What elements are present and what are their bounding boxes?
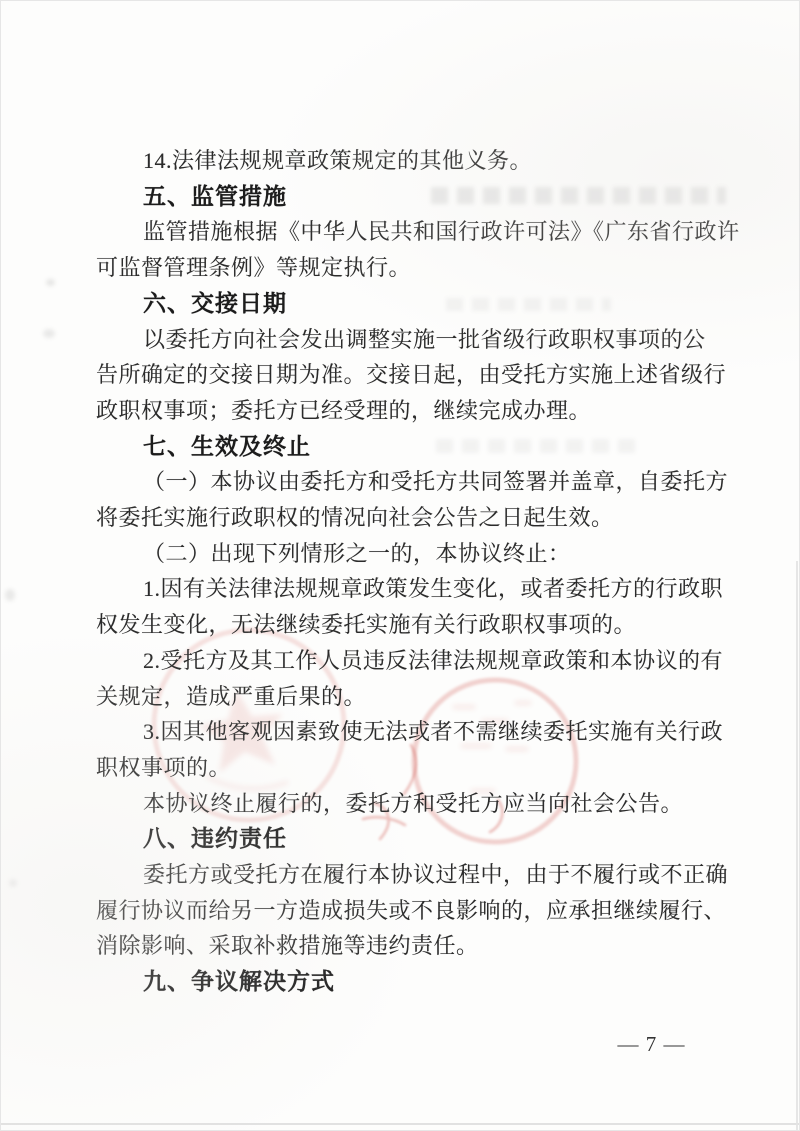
bleedthrough-mark xyxy=(5,589,15,601)
text-line: 七、生效及终止 xyxy=(96,429,721,465)
bleedthrough-mark xyxy=(43,329,55,338)
text-line: 2.受托方及其工作人员违反法律法规规章政策和本协议的有 xyxy=(96,643,721,679)
text-line: 履行协议而给另一方造成损失或不良影响的，应承担继续履行、 xyxy=(96,893,721,929)
text-line: 委托方或受托方在履行本协议过程中，由于不履行或不正确 xyxy=(96,857,721,893)
bleedthrough-mark xyxy=(46,279,55,286)
text-line: （一）本协议由委托方和受托方共同签署并盖章，自委托方 xyxy=(96,464,721,500)
scan-edge-bottom xyxy=(1,1123,800,1125)
text-line: 3.因其他客观因素致使无法或者不需继续委托实施有关行政 xyxy=(96,714,721,750)
text-line: 九、争议解决方式 xyxy=(96,964,721,1000)
text-line: 1.因有关法律法规规章政策发生变化，或者委托方的行政职 xyxy=(96,571,721,607)
text-line: 可监督管理条例》等规定执行。 xyxy=(96,250,721,286)
paragraph: 2.受托方及其工作人员违反法律法规规章政策和本协议的有关规定，造成严重后果的。 xyxy=(96,643,721,714)
text-line: 将委托实施行政职权的情况向社会公告之日起生效。 xyxy=(96,500,721,536)
page-number: — 7 — xyxy=(594,1032,709,1057)
paragraph: 本协议终止履行的，委托方和受托方应当向社会公告。 xyxy=(96,786,721,822)
paragraph: 3.因其他客观因素致使无法或者不需继续委托实施有关行政职权事项的。 xyxy=(96,714,721,785)
text-line: 消除影响、采取补救措施等违约责任。 xyxy=(96,928,721,964)
document-body: 14.法律法规规章政策规定的其他义务。五、监管措施监管措施根据《中华人民共和国行… xyxy=(96,143,721,1000)
paragraph: 14.法律法规规章政策规定的其他义务。 xyxy=(96,143,721,179)
text-line: 政职权事项；委托方已经受理的，继续完成办理。 xyxy=(96,393,721,429)
paragraph: （二）出现下列情形之一的，本协议终止： xyxy=(96,536,721,572)
paragraph: 以委托方向社会发出调整实施一批省级行政职权事项的公告所确定的交接日期为准。交接日… xyxy=(96,322,721,429)
text-line: （二）出现下列情形之一的，本协议终止： xyxy=(96,536,721,572)
paragraph: 1.因有关法律法规规章政策发生变化，或者委托方的行政职权发生变化，无法继续委托实… xyxy=(96,571,721,642)
text-line: 以委托方向社会发出调整实施一批省级行政职权事项的公 xyxy=(96,322,721,358)
scan-edge-right xyxy=(796,561,798,1131)
section-heading: 七、生效及终止 xyxy=(96,429,721,465)
text-line: 五、监管措施 xyxy=(96,179,721,215)
text-line: 本协议终止履行的，委托方和受托方应当向社会公告。 xyxy=(96,786,721,822)
text-line: 关规定，造成严重后果的。 xyxy=(96,679,721,715)
paragraph: 监管措施根据《中华人民共和国行政许可法》《广东省行政许可监督管理条例》等规定执行… xyxy=(96,214,721,285)
document-page: 14.法律法规规章政策规定的其他义务。五、监管措施监管措施根据《中华人民共和国行… xyxy=(0,0,800,1131)
section-heading: 九、争议解决方式 xyxy=(96,964,721,1000)
text-line: 六、交接日期 xyxy=(96,286,721,322)
paragraph: 委托方或受托方在履行本协议过程中，由于不履行或不正确履行协议而给另一方造成损失或… xyxy=(96,857,721,964)
bleedthrough-mark xyxy=(9,879,17,887)
section-heading: 六、交接日期 xyxy=(96,286,721,322)
section-heading: 八、违约责任 xyxy=(96,821,721,857)
text-line: 八、违约责任 xyxy=(96,821,721,857)
text-line: 权发生变化，无法继续委托实施有关行政职权事项的。 xyxy=(96,607,721,643)
text-line: 14.法律法规规章政策规定的其他义务。 xyxy=(96,143,721,179)
paragraph: （一）本协议由委托方和受托方共同签署并盖章，自委托方将委托实施行政职权的情况向社… xyxy=(96,464,721,535)
section-heading: 五、监管措施 xyxy=(96,179,721,215)
text-line: 告所确定的交接日期为准。交接日起，由受托方实施上述省级行 xyxy=(96,357,721,393)
text-line: 监管措施根据《中华人民共和国行政许可法》《广东省行政许 xyxy=(96,214,721,250)
text-line: 职权事项的。 xyxy=(96,750,721,786)
